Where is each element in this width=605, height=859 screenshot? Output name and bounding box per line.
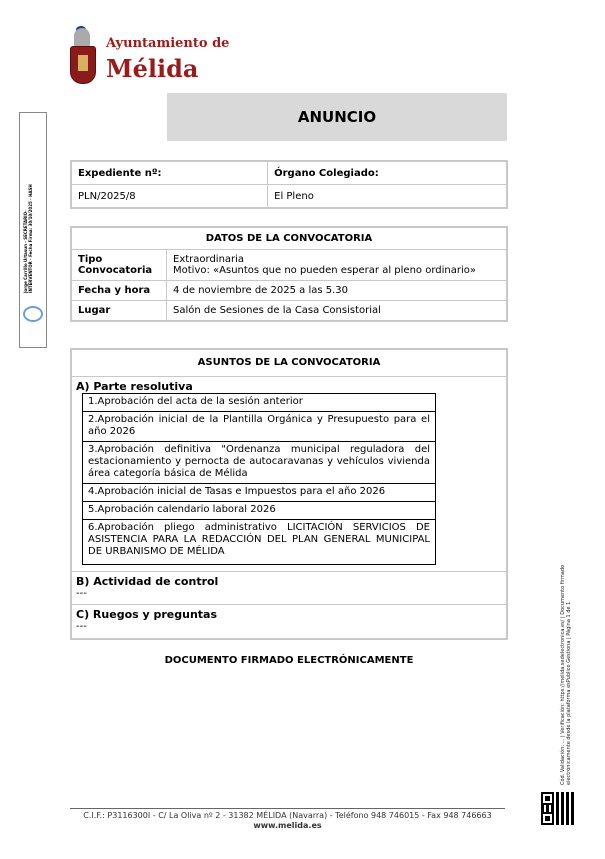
agenda-item: 5.Aprobación calendario laboral 2026 <box>83 502 435 520</box>
asuntos-section: ASUNTOS DE LA CONVOCATORIA A) Parte reso… <box>70 348 508 640</box>
footer: C.I.F.: P3116300I - C/ La Oliva nº 2 - 3… <box>60 811 515 831</box>
agenda-item: 1.Aprobación del acta de la sesión anter… <box>83 394 435 412</box>
organo-label: Órgano Colegiado: <box>268 161 507 185</box>
datos-title: DATOS DE LA CONVOCATORIA <box>71 227 507 250</box>
helmet-icon <box>74 28 90 48</box>
coat-of-arms-icon <box>70 46 96 84</box>
fecha-value: 4 de noviembre de 2025 a las 5.30 <box>167 281 508 301</box>
agenda-items: 1.Aprobación del acta de la sesión anter… <box>82 393 436 565</box>
org-name-line1: Ayuntamiento de <box>106 36 229 51</box>
qr-code-icon[interactable] <box>541 792 574 825</box>
tipo-label: Tipo Convocatoria <box>71 250 167 281</box>
fecha-label: Fecha y hora <box>71 281 167 301</box>
agenda-item: 4.Aprobación inicial de Tasas e Impuesto… <box>83 484 435 502</box>
signed-notice: DOCUMENTO FIRMADO ELECTRÓNICAMENTE <box>70 655 508 666</box>
org-name-line2: Mélida <box>106 54 198 83</box>
footer-address: C.I.F.: P3116300I - C/ La Oliva nº 2 - 3… <box>60 811 515 821</box>
verification-sidebar: Cód. Validación: ... | Verificación: htt… <box>560 535 605 785</box>
datos-convocatoria-table: DATOS DE LA CONVOCATORIA Tipo Convocator… <box>70 226 508 322</box>
tipo-value: Extraordinaria <box>173 254 500 265</box>
footer-divider <box>70 808 505 809</box>
parte-b-heading: B) Actividad de control <box>72 576 506 588</box>
parte-c-heading: C) Ruegos y preguntas <box>72 609 506 621</box>
parte-b-value: --- <box>72 588 506 600</box>
signature-stamp: Jorge Carrillo Urtasun · SECRETARIO-INTE… <box>19 112 47 348</box>
asuntos-title: ASUNTOS DE LA CONVOCATORIA <box>72 350 506 377</box>
agenda-item: 2.Aprobación inicial de la Plantilla Org… <box>83 412 435 442</box>
seal-icon <box>23 306 43 322</box>
lugar-value: Salón de Sesiones de la Casa Consistoria… <box>167 301 508 322</box>
agenda-item: 6.Aprobación pliego administrativo LICIT… <box>83 520 435 564</box>
expediente-table: Expediente nº: Órgano Colegiado: PLN/202… <box>70 160 508 209</box>
footer-website-link[interactable]: www.melida.es <box>60 821 515 831</box>
document-title: ANUNCIO <box>167 93 507 141</box>
municipality-logo: Ayuntamiento de Mélida <box>66 26 236 90</box>
parte-a-heading: A) Parte resolutiva <box>72 380 506 393</box>
organo-value: El Pleno <box>268 185 507 209</box>
expediente-value: PLN/2025/8 <box>71 185 268 209</box>
signature-stamp-text: Jorge Carrillo Urtasun · SECRETARIO-INTE… <box>23 183 45 293</box>
motivo-value: Motivo: «Asuntos que no pueden esperar a… <box>173 265 500 276</box>
expediente-label: Expediente nº: <box>71 161 268 185</box>
verification-text: Cód. Validación: ... | Verificación: htt… <box>560 535 600 785</box>
agenda-item: 3.Aprobación definitiva "Ordenanza munic… <box>83 442 435 484</box>
lugar-label: Lugar <box>71 301 167 322</box>
parte-c-value: --- <box>72 621 506 633</box>
